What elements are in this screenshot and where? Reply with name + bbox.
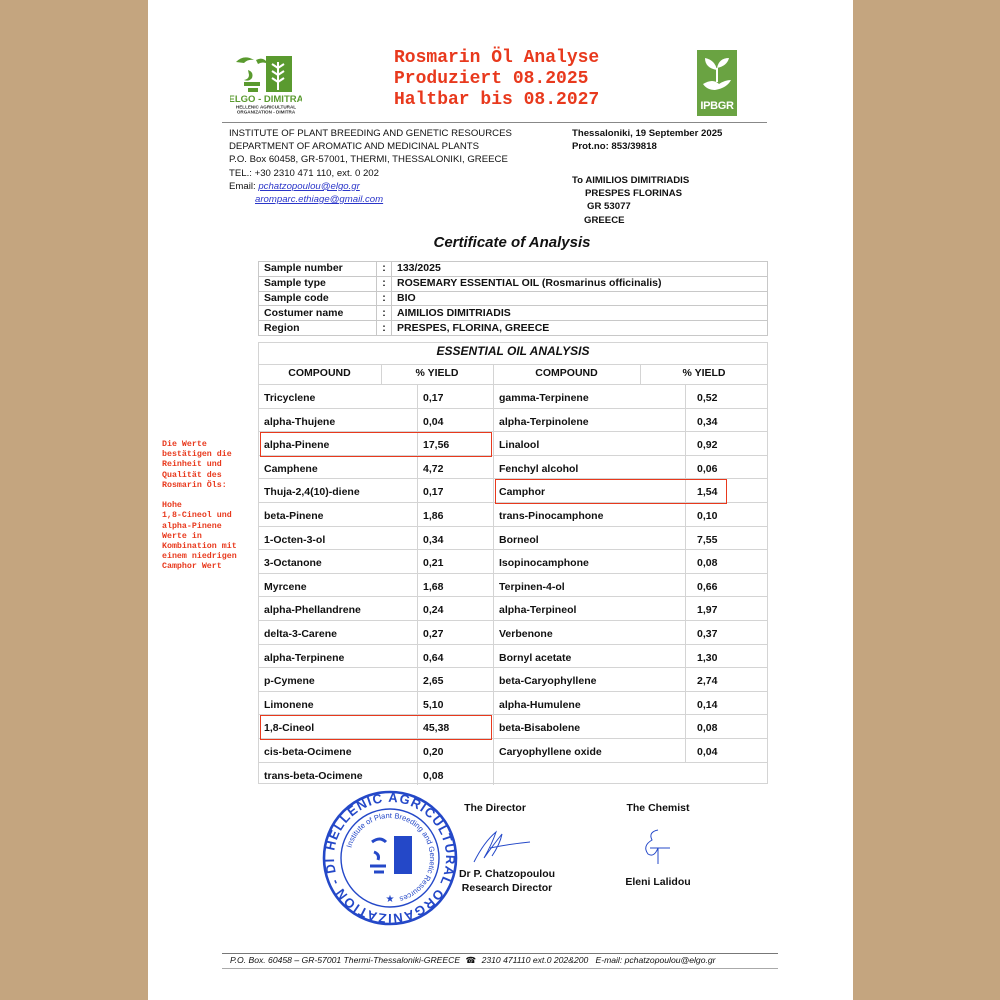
- email-link-secondary[interactable]: aromparc.ethiage@gmail.com: [255, 194, 383, 205]
- footer-divider-bottom: [222, 968, 778, 969]
- sample-info-value: BIO: [392, 291, 768, 306]
- compound-name: cis-beta-Ocimene: [264, 745, 352, 759]
- sample-info-key: Sample type: [259, 276, 377, 291]
- sample-info-key: Region: [259, 321, 377, 336]
- recipient-address: To AIMILIOS DIMITRIADIS PRESPES FLORINAS…: [572, 174, 689, 227]
- compound-yield: 5,10: [423, 698, 443, 712]
- compound-yield: 4,72: [423, 462, 443, 476]
- sample-info-separator: :: [377, 291, 392, 306]
- compound-yield: 0,52: [697, 391, 717, 405]
- column-header: COMPOUND: [258, 367, 381, 379]
- sample-info-row: Region:PRESPES, FLORINA, GREECE: [259, 321, 768, 336]
- annotation-note: Die Werte bestätigen die Reinheit und Qu…: [162, 440, 258, 573]
- compound-yield: 0,04: [423, 415, 443, 429]
- compound-name: trans-beta-Ocimene: [264, 769, 363, 783]
- compound-name: Terpinen-4-ol: [499, 580, 565, 594]
- compound-yield: 0,17: [423, 485, 443, 499]
- sample-info-separator: :: [377, 262, 392, 277]
- sample-info-row: Sample number:133/2025: [259, 262, 768, 277]
- email-link-primary[interactable]: pchatzopoulou@elgo.gr: [258, 181, 359, 192]
- compound-name: Linalool: [499, 438, 539, 452]
- compound-name: Camphene: [264, 462, 318, 476]
- chemist-label: The Chemist: [618, 802, 698, 814]
- grid-line: [258, 408, 768, 409]
- compound-name: Caryophyllene oxide: [499, 745, 602, 759]
- chemist-name: Eleni Lalidou: [618, 876, 698, 888]
- sample-info-key: Costumer name: [259, 306, 377, 321]
- sample-info-row: Costumer name:AIMILIOS DIMITRIADIS: [259, 306, 768, 321]
- compound-name: Fenchyl alcohol: [499, 462, 578, 476]
- compound-name: 1-Octen-3-ol: [264, 533, 325, 547]
- director-role: Research Director: [448, 882, 566, 894]
- sample-info-value: AIMILIOS DIMITRIADIS: [392, 306, 768, 321]
- compound-name: Isopinocamphone: [499, 556, 589, 570]
- title-line-expiry: Haltbar bis 08.2027: [394, 90, 599, 111]
- compound-name: alpha-Humulene: [499, 698, 581, 712]
- grid-line: [258, 573, 768, 574]
- svg-text:★: ★: [386, 894, 395, 905]
- compound-name: beta-Caryophyllene: [499, 674, 596, 688]
- compound-yield: 1,97: [697, 603, 717, 617]
- compound-yield: 0,92: [697, 438, 717, 452]
- analysis-title: ESSENTIAL OIL ANALYSIS: [258, 344, 768, 358]
- compound-name: alpha-Terpinolene: [499, 415, 589, 429]
- compound-yield: 0,10: [697, 509, 717, 523]
- svg-text:Institute of Plant Breeding an: Institute of Plant Breeding and Genetic …: [344, 811, 437, 904]
- compound-name: Bornyl acetate: [499, 651, 571, 665]
- document-title: Rosmarin Öl Analyse Produziert 08.2025 H…: [394, 48, 599, 111]
- compound-yield: 0,24: [423, 603, 443, 617]
- certificate-title: Certificate of Analysis: [0, 234, 1000, 251]
- grid-line: [258, 620, 768, 621]
- sample-info-separator: :: [377, 306, 392, 321]
- footer-phone: 2310 471110 ext.0 202&200: [482, 955, 589, 965]
- svg-text:ORGANIZATION - DIMITRA: ORGANIZATION - DIMITRA: [237, 110, 296, 115]
- sample-info-value: PRESPES, FLORINA, GREECE: [392, 321, 768, 336]
- column-header: % YIELD: [640, 367, 768, 379]
- compound-yield: 0,08: [423, 769, 443, 783]
- department-name: DEPARTMENT OF AROMATIC AND MEDICINAL PLA…: [229, 140, 512, 153]
- title-line-produced: Produziert 08.2025: [394, 69, 599, 90]
- recipient-postcode: GR 53077: [572, 200, 689, 213]
- recipient-name: To AIMILIOS DIMITRIADIS: [572, 174, 689, 187]
- compound-yield: 2,65: [423, 674, 443, 688]
- grid-line: [258, 549, 768, 550]
- ipbgr-logo-text: IPBGR: [697, 100, 737, 112]
- column-header: COMPOUND: [493, 367, 640, 379]
- highlight-box: [260, 432, 492, 457]
- svg-text:ELGO - DIMITRA: ELGO - DIMITRA: [230, 94, 302, 105]
- sample-info-value: ROSEMARY ESSENTIAL OIL (Rosmarinus offic…: [392, 276, 768, 291]
- compound-name: delta-3-Carene: [264, 627, 337, 641]
- compound-name: Limonene: [264, 698, 314, 712]
- sample-info-key: Sample code: [259, 291, 377, 306]
- footer-address: P.O. Box. 60458 – GR-57001 Thermi-Thessa…: [230, 955, 460, 965]
- grid-line: [258, 526, 768, 527]
- highlight-box: [260, 715, 492, 740]
- sample-info-table: Sample number:133/2025Sample type:ROSEMA…: [258, 261, 768, 336]
- compound-yield: 0,34: [697, 415, 717, 429]
- grid-line: [493, 364, 494, 785]
- compound-yield: 2,74: [697, 674, 717, 688]
- compound-yield: 0,08: [697, 556, 717, 570]
- sample-info-key: Sample number: [259, 262, 377, 277]
- compound-name: beta-Bisabolene: [499, 721, 580, 735]
- sample-info-separator: :: [377, 276, 392, 291]
- grid-line: [258, 364, 768, 365]
- director-name: Dr P. Chatzopoulou: [448, 868, 566, 880]
- telephone: TEL.: +30 2310 471 110, ext. 0 202: [229, 167, 512, 180]
- sample-info-value: 133/2025: [392, 262, 768, 277]
- column-header: % YIELD: [381, 367, 493, 379]
- compound-yield: 0,06: [697, 462, 717, 476]
- compound-yield: 0,27: [423, 627, 443, 641]
- compound-name: Tricyclene: [264, 391, 315, 405]
- compound-yield: 0,64: [423, 651, 443, 665]
- compound-name: alpha-Phellandrene: [264, 603, 361, 617]
- grid-line: [258, 596, 768, 597]
- director-label: The Director: [452, 802, 538, 814]
- compound-yield: 1,30: [697, 651, 717, 665]
- postal-address: P.O. Box 60458, GR-57001, THERMI, THESSA…: [229, 153, 512, 166]
- ipbgr-logo: IPBGR: [697, 50, 737, 116]
- official-stamp: HELLENIC AGRICULTURAL ORGANIZATION - DIM…: [322, 790, 458, 926]
- compound-name: beta-Pinene: [264, 509, 324, 523]
- grid-line: [258, 644, 768, 645]
- compound-yield: 0,17: [423, 391, 443, 405]
- compound-yield: 1,68: [423, 580, 443, 594]
- institute-name: INSTITUTE OF PLANT BREEDING AND GENETIC …: [229, 127, 512, 140]
- compound-yield: 0,37: [697, 627, 717, 641]
- sample-info-row: Sample type:ROSEMARY ESSENTIAL OIL (Rosm…: [259, 276, 768, 291]
- compound-name: Thuja-2,4(10)-diene: [264, 485, 360, 499]
- sample-info-separator: :: [377, 321, 392, 336]
- compound-name: p-Cymene: [264, 674, 315, 688]
- compound-yield: 0,14: [697, 698, 717, 712]
- compound-yield: 0,08: [697, 721, 717, 735]
- email-label: Email:: [229, 181, 258, 192]
- highlight-box: [495, 479, 727, 504]
- director-signature: [470, 826, 532, 866]
- compound-yield: 0,21: [423, 556, 443, 570]
- compound-name: 3-Octanone: [264, 556, 322, 570]
- sample-info-row: Sample code:BIO: [259, 291, 768, 306]
- elgo-dimitra-logo: ELGO - DIMITRA HELLENIC AGRICULTURAL ORG…: [230, 52, 302, 116]
- chemist-signature: [640, 826, 674, 866]
- recipient-country: GREECE: [572, 214, 689, 227]
- compound-name: Myrcene: [264, 580, 307, 594]
- compound-yield: 7,55: [697, 533, 717, 547]
- grid-line: [258, 384, 768, 385]
- institute-address: INSTITUTE OF PLANT BREEDING AND GENETIC …: [229, 127, 512, 206]
- footer-contact: P.O. Box. 60458 – GR-57001 Thermi-Thessa…: [230, 955, 716, 966]
- compound-name: Borneol: [499, 533, 539, 547]
- recipient-city: PRESPES FLORINAS: [572, 187, 689, 200]
- compound-name: trans-Pinocamphone: [499, 509, 603, 523]
- compound-yield: 0,20: [423, 745, 443, 759]
- grid-line: [258, 667, 768, 668]
- telephone-icon: ☎: [465, 955, 476, 965]
- grid-line: [258, 691, 768, 692]
- footer-divider-top: [222, 953, 778, 954]
- compound-yield: 0,66: [697, 580, 717, 594]
- document-meta: Thessaloniki, 19 September 2025 Prot.no:…: [572, 127, 722, 153]
- compound-yield: 1,86: [423, 509, 443, 523]
- header-divider: [222, 122, 767, 123]
- footer-email: E-mail: pchatzopoulou@elgo.gr: [595, 955, 715, 965]
- compound-name: Verbenone: [499, 627, 553, 641]
- compound-name: alpha-Terpinene: [264, 651, 344, 665]
- grid-line: [258, 762, 768, 763]
- title-line-product: Rosmarin Öl Analyse: [394, 48, 599, 69]
- compound-name: alpha-Terpineol: [499, 603, 576, 617]
- protocol-number: Prot.no: 853/39818: [572, 140, 722, 153]
- issue-date: Thessaloniki, 19 September 2025: [572, 127, 722, 140]
- compound-name: gamma-Terpinene: [499, 391, 589, 405]
- compound-yield: 0,34: [423, 533, 443, 547]
- compound-name: alpha-Thujene: [264, 415, 335, 429]
- svg-text:HELLENIC AGRICULTURAL ORGANIZA: HELLENIC AGRICULTURAL ORGANIZATION - DIM…: [322, 790, 458, 926]
- compound-yield: 0,04: [697, 745, 717, 759]
